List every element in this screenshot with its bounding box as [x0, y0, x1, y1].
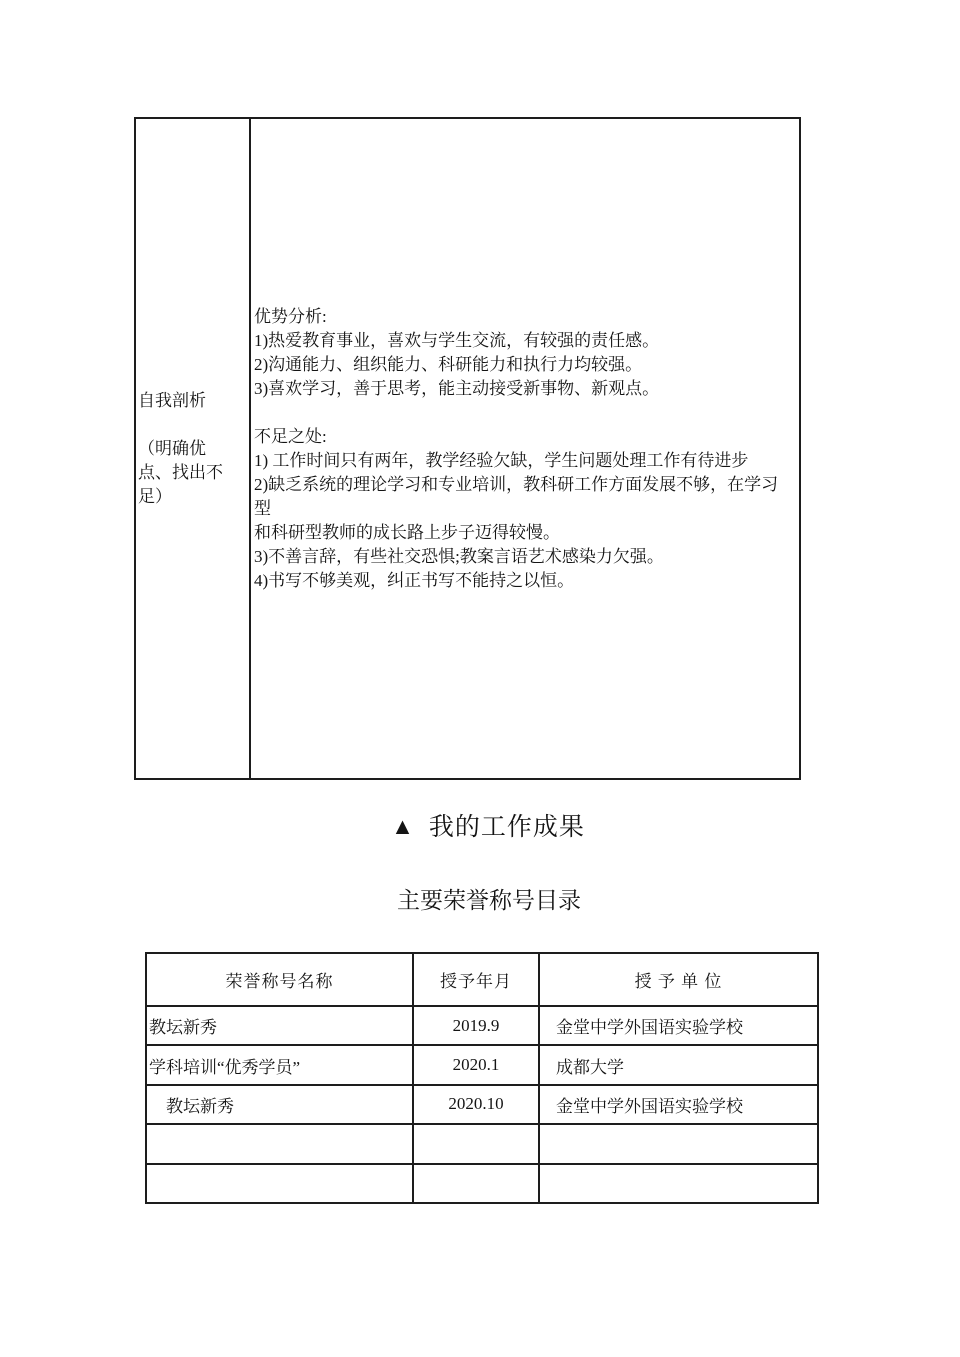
self-analysis-content-cell: 优势分析: 1)热爱教育事业，喜欢与学生交流，有较强的责任感。 2)沟通能力、组…	[251, 119, 799, 778]
header-honor-name: 荣誉称号名称	[146, 953, 413, 1006]
section-title-text: 我的工作成果	[429, 814, 585, 841]
honor-name	[146, 1124, 413, 1163]
table-row: 学科培训“优秀学员” 2020.1 成都大学	[146, 1045, 818, 1084]
award-date	[413, 1164, 539, 1203]
table-row: 教坛新秀 2019.9 金堂中学外国语实验学校	[146, 1006, 818, 1045]
table-row	[146, 1124, 818, 1163]
honors-table: 荣誉称号名称 授予年月 授 予 单 位 教坛新秀 2019.9 金堂中学外国语实…	[145, 952, 819, 1204]
header-award-unit: 授 予 单 位	[539, 953, 818, 1006]
section-title: ▲我的工作成果	[0, 810, 960, 845]
table-row: 教坛新秀 2020.10 金堂中学外国语实验学校	[146, 1085, 818, 1124]
honor-name: 学科培训“优秀学员”	[146, 1045, 413, 1084]
section-subtitle: 主要荣誉称号目录	[0, 885, 960, 917]
award-date	[413, 1124, 539, 1163]
award-unit	[539, 1124, 818, 1163]
table-row	[146, 1164, 818, 1203]
award-unit: 成都大学	[539, 1045, 818, 1084]
award-unit: 金堂中学外国语实验学校	[539, 1006, 818, 1045]
honor-name: 教坛新秀	[146, 1006, 413, 1045]
honor-name	[146, 1164, 413, 1203]
award-date: 2019.9	[413, 1006, 539, 1045]
award-date: 2020.1	[413, 1045, 539, 1084]
honors-header-row: 荣誉称号名称 授予年月 授 予 单 位	[146, 953, 818, 1006]
triangle-icon: ▲	[391, 810, 415, 844]
award-date: 2020.10	[413, 1085, 539, 1124]
award-unit	[539, 1164, 818, 1203]
self-analysis-content: 优势分析: 1)热爱教育事业，喜欢与学生交流，有较强的责任感。 2)沟通能力、组…	[254, 305, 793, 593]
honor-name: 教坛新秀	[146, 1085, 413, 1124]
self-analysis-label: 自我剖析 （明确优 点、找出不 足）	[138, 389, 223, 509]
header-award-date: 授予年月	[413, 953, 539, 1006]
self-analysis-label-cell: 自我剖析 （明确优 点、找出不 足）	[136, 119, 251, 778]
self-analysis-table: 自我剖析 （明确优 点、找出不 足） 优势分析: 1)热爱教育事业，喜欢与学生交…	[134, 117, 801, 780]
award-unit: 金堂中学外国语实验学校	[539, 1085, 818, 1124]
